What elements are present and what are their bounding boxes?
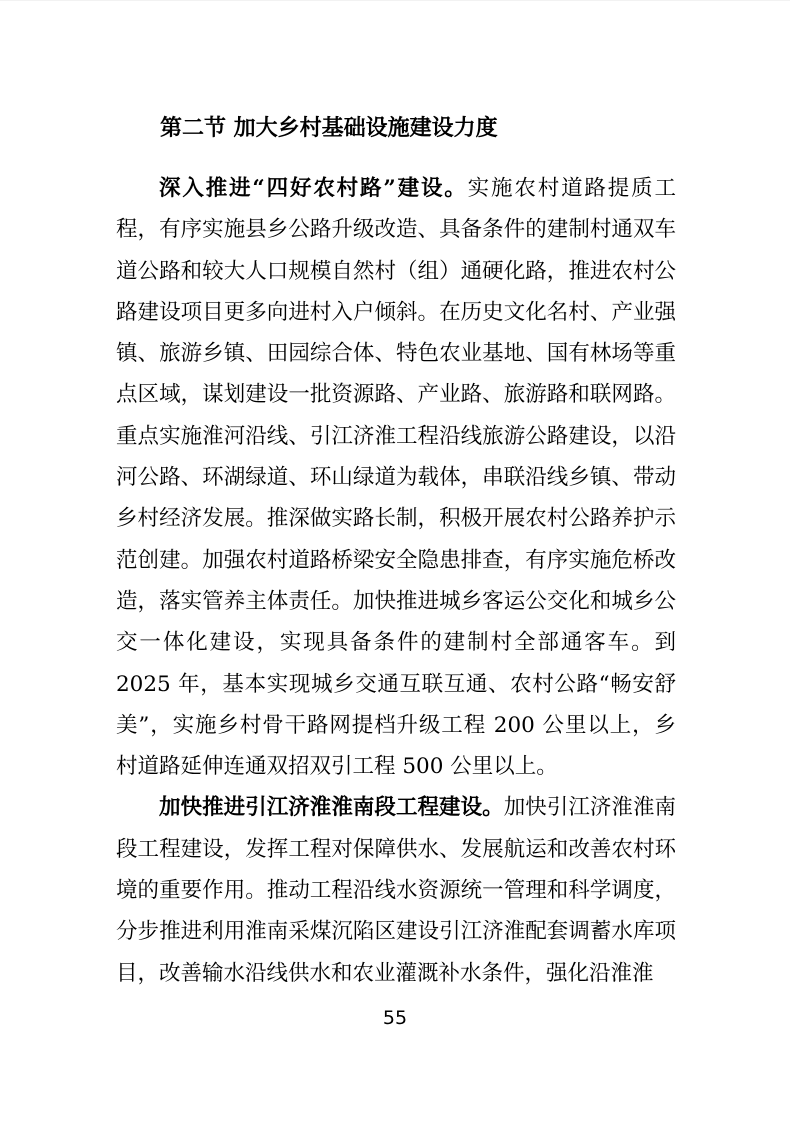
page-number: 55 — [0, 1007, 790, 1029]
document-page: 第二节 加大乡村基础设施建设力度 深入推进“四好农村路”建设。实施农村道路提质工… — [0, 0, 790, 1122]
section-heading: 第二节 加大乡村基础设施建设力度 — [116, 108, 676, 149]
paragraph-water-project: 加快推进引江济淮淮南段工程建设。加快引江济淮淮南段工程建设，发挥工程对保障供水、… — [116, 787, 676, 993]
paragraph-lead-bold: 深入推进“四好农村路”建设。 — [159, 176, 468, 201]
paragraph-lead-bold: 加快推进引江济淮淮南段工程建设。 — [159, 795, 504, 820]
page-content: 第二节 加大乡村基础设施建设力度 深入推进“四好农村路”建设。实施农村道路提质工… — [116, 108, 676, 994]
paragraph-rural-roads: 深入推进“四好农村路”建设。实施农村道路提质工程，有序实施县乡公路升级改造、具备… — [116, 168, 676, 787]
paragraph-body-text: 实施农村道路提质工程，有序实施县乡公路升级改造、具备条件的建制村通双车道公路和较… — [116, 176, 676, 779]
paragraph-body-text: 加快引江济淮淮南段工程建设，发挥工程对保障供水、发展航运和改善农村环境的重要作用… — [116, 795, 676, 985]
